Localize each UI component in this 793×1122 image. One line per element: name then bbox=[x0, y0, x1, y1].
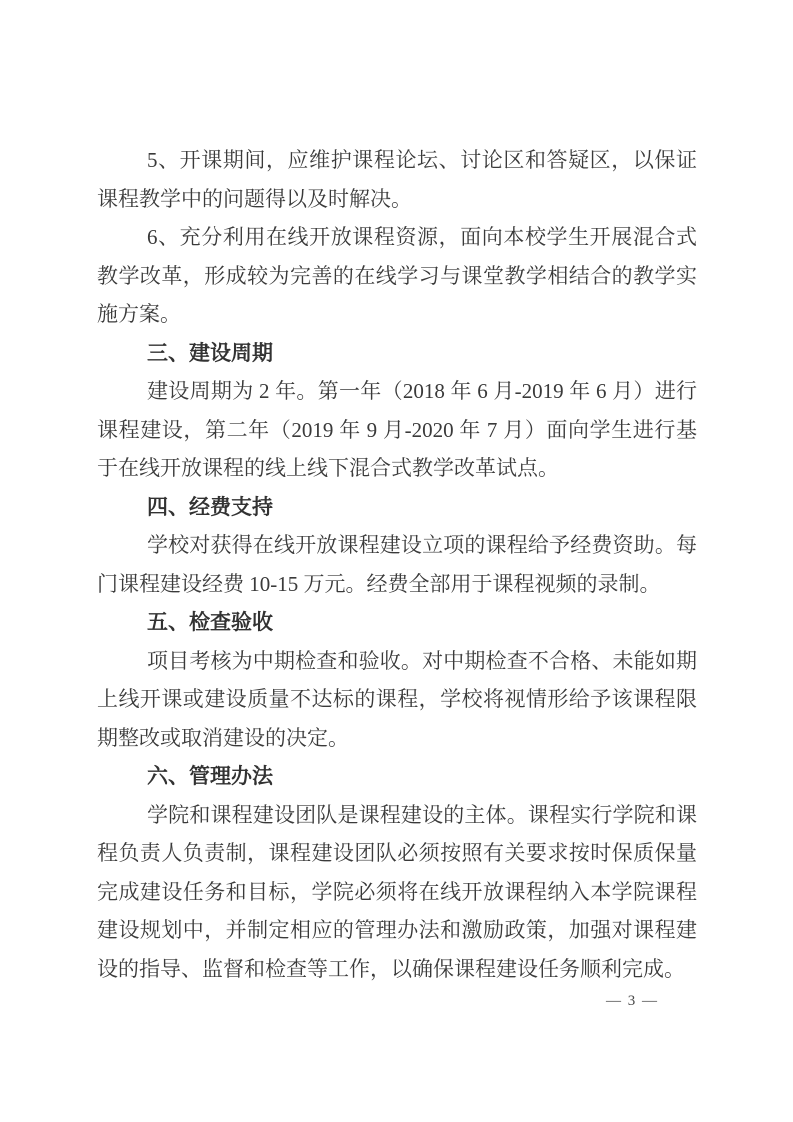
list-item-5: 5、开课期间，应维护课程论坛、讨论区和答疑区，以保证课程教学中的问题得以及时解决… bbox=[97, 141, 697, 218]
section-paragraph-construction-period: 建设周期为 2 年。第一年（2018 年 6 月-2019 年 6 月）进行课程… bbox=[97, 372, 697, 488]
section-paragraph-inspection-acceptance: 项目考核为中期检查和验收。对中期检查不合格、未能如期上线开课或建设质量不达标的课… bbox=[97, 642, 697, 758]
section-paragraph-funding-support: 学校对获得在线开放课程建设立项的课程给予经费资助。每门课程建设经费 10-15 … bbox=[97, 526, 697, 603]
section-heading-construction-period: 三、建设周期 bbox=[97, 334, 697, 373]
page-number: — 3 — bbox=[606, 993, 659, 1009]
document-page: 5、开课期间，应维护课程论坛、讨论区和答疑区，以保证课程教学中的问题得以及时解决… bbox=[0, 0, 793, 1122]
document-body: 5、开课期间，应维护课程论坛、讨论区和答疑区，以保证课程教学中的问题得以及时解决… bbox=[97, 141, 697, 988]
list-item-6: 6、充分利用在线开放课程资源，面向本校学生开展混合式教学改革，形成较为完善的在线… bbox=[97, 218, 697, 334]
section-heading-funding-support: 四、经费支持 bbox=[97, 488, 697, 527]
page-footer: — 3 — bbox=[606, 991, 659, 1011]
section-heading-management-measures: 六、管理办法 bbox=[97, 757, 697, 796]
section-heading-inspection-acceptance: 五、检查验收 bbox=[97, 603, 697, 642]
section-paragraph-management-measures: 学院和课程建设团队是课程建设的主体。课程实行学院和课程负责人负责制，课程建设团队… bbox=[97, 796, 697, 989]
